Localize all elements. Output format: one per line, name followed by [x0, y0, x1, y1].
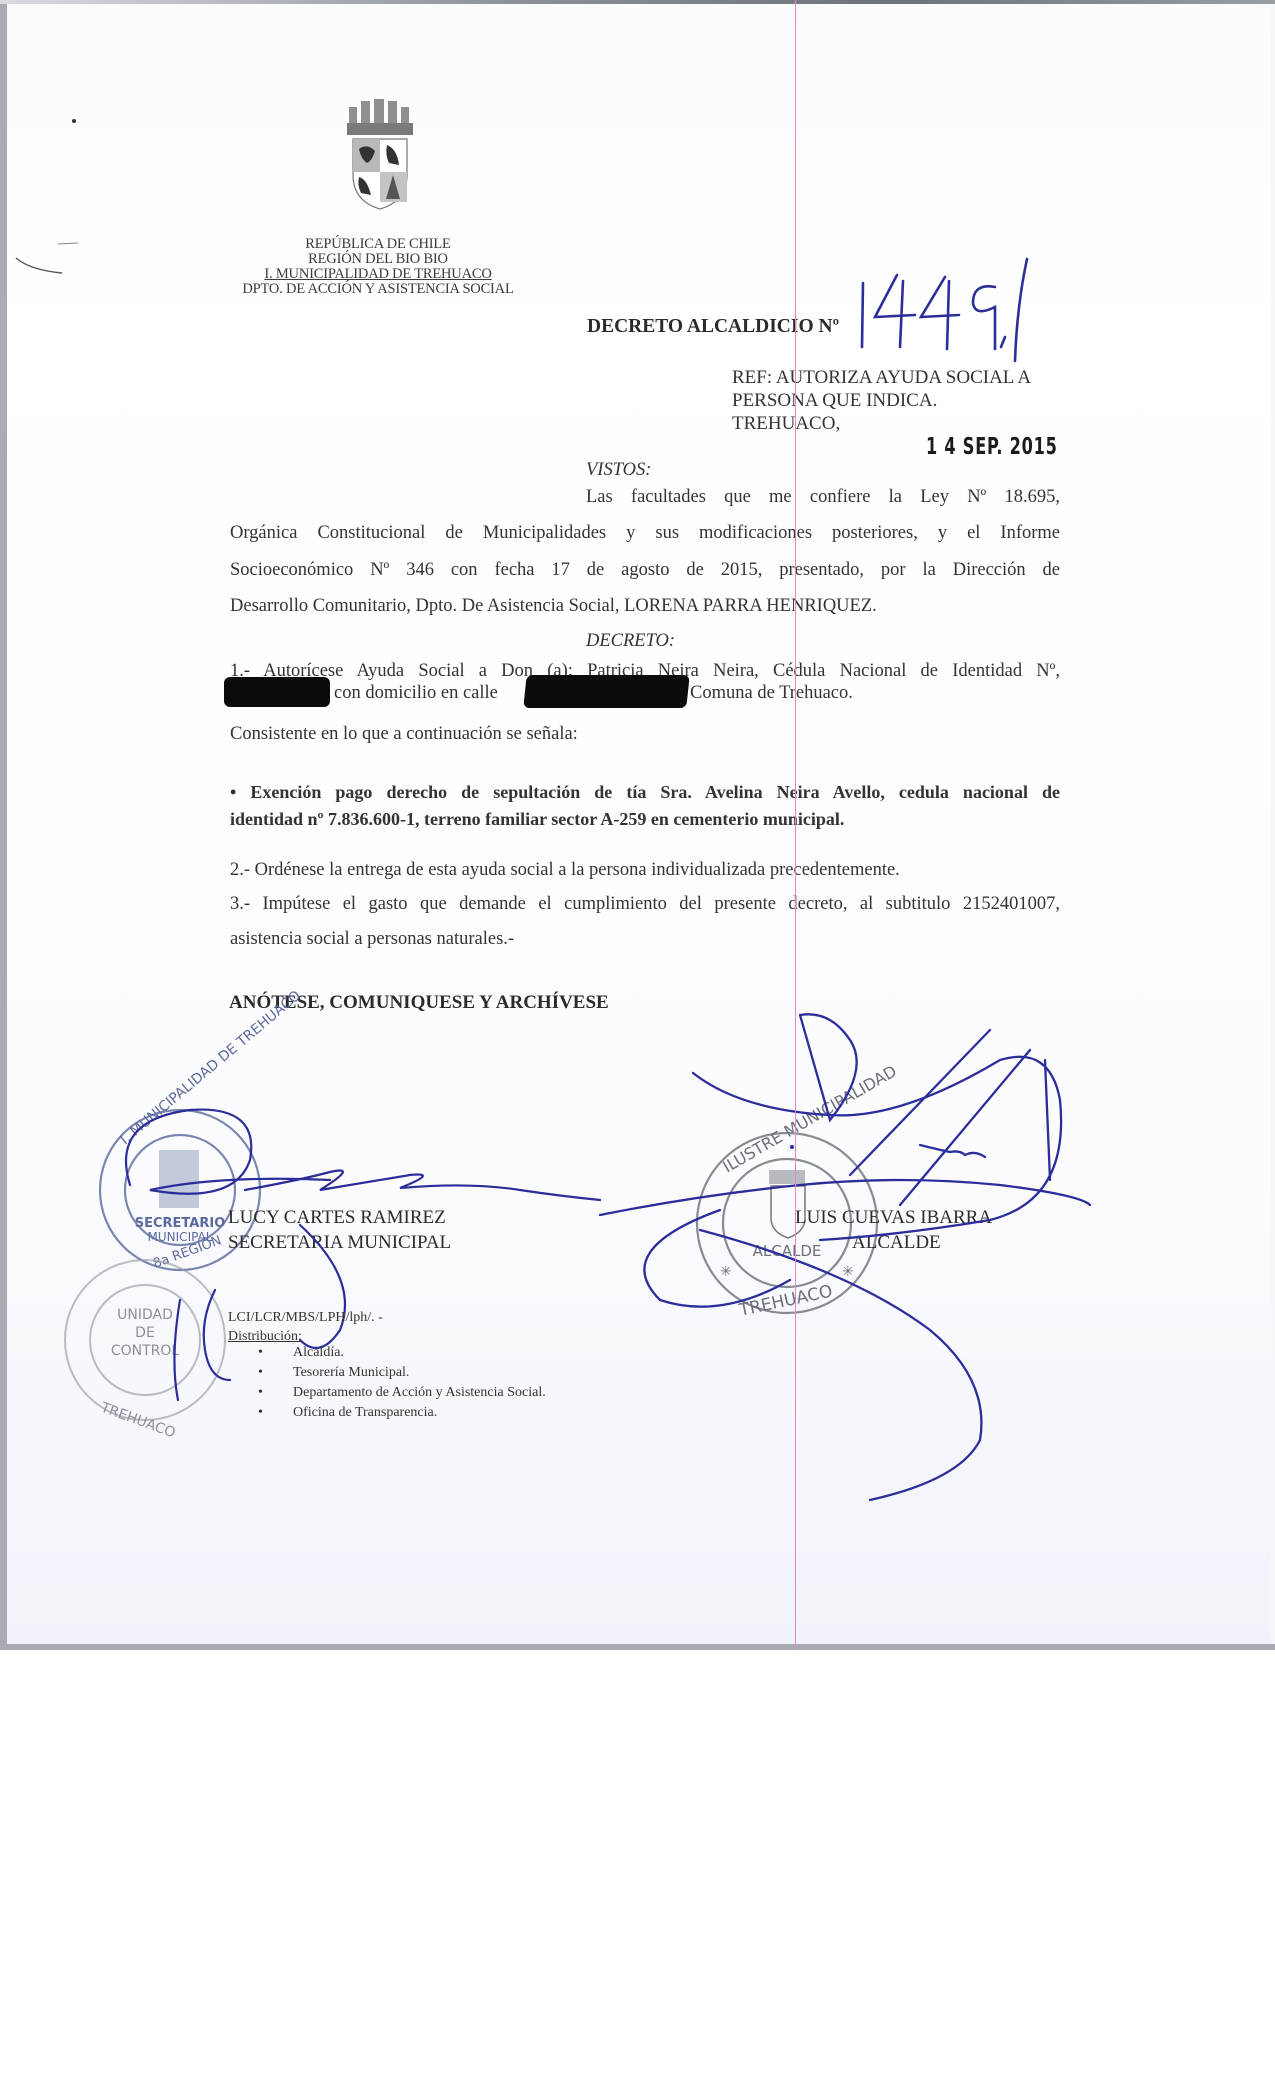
svg-text:✳: ✳ — [720, 1265, 732, 1280]
signer-left-name: LUCY CARTES RAMIREZ — [228, 1207, 446, 1229]
margin-marks — [0, 0, 120, 300]
decree-title: DECRETO ALCALDICIO Nº — [587, 316, 839, 338]
coat-of-arms-icon — [345, 97, 415, 212]
distribution-item: •Alcaldía. — [258, 1343, 546, 1363]
initials-reference: LCI/LCR/MBS/LPH/lph/. - — [228, 1310, 383, 1326]
ref-line-1: REF: AUTORIZA AYUDA SOCIAL A — [732, 367, 1031, 389]
svg-text:ALCALDE: ALCALDE — [753, 1242, 822, 1260]
item-1-address-label: con domicilio en calle — [334, 683, 498, 704]
distribution-item: •Departamento de Acción y Asistencia Soc… — [258, 1383, 546, 1403]
item-1-comuna: Comuna de Trehuaco. — [690, 683, 853, 704]
vistos-line-4: Desarrollo Comunitario, Dpto. De Asisten… — [230, 596, 877, 617]
distribution-list: •Alcaldía. •Tesorería Municipal. •Depart… — [258, 1343, 546, 1423]
vistos-line-1: Las facultades que me confiere la Ley Nº… — [586, 487, 1060, 508]
scan-edge-bottom — [0, 1644, 1275, 1650]
stamp-unidad-control: UNIDAD DE CONTROL TREHUACO — [60, 1255, 230, 1425]
svg-text:SECRETARIO: SECRETARIO — [135, 1216, 226, 1231]
redacted-id-number — [224, 677, 330, 707]
svg-text:CONTROL: CONTROL — [111, 1343, 180, 1359]
scan-edge-top — [0, 0, 1275, 4]
header-line-department: DPTO. DE ACCIÓN Y ASISTENCIA SOCIAL — [220, 281, 536, 298]
distribution-item: •Tesorería Municipal. — [258, 1363, 546, 1383]
svg-text:DE: DE — [135, 1325, 155, 1341]
consistente-text: Consistente en lo que a continuación se … — [230, 724, 578, 745]
item-3-line-2: asistencia social a personas naturales.- — [230, 929, 514, 950]
distribution-item: •Oficina de Transparencia. — [258, 1403, 546, 1423]
vistos-line-3: Socioeconómico Nº 346 con fecha 17 de ag… — [230, 560, 1060, 581]
vistos-heading: VISTOS: — [586, 460, 651, 481]
svg-text:✳: ✳ — [842, 1265, 854, 1280]
ref-line-2: PERSONA QUE INDICA. — [732, 390, 937, 412]
bullet-exencion-line-1: • Exención pago derecho de sepultación d… — [230, 782, 1060, 803]
redacted-address — [523, 675, 689, 708]
signer-right-name: LUIS CUEVAS IBARRA — [795, 1207, 992, 1229]
item-2-text: 2.- Ordénese la entrega de esta ayuda so… — [230, 860, 900, 881]
decree-number-handwritten: 1449/ — [855, 255, 1035, 365]
signer-right-title: ALCALDE — [852, 1232, 941, 1254]
svg-text:UNIDAD: UNIDAD — [117, 1307, 173, 1323]
signer-left-title: SECRETARIA MUNICIPAL — [228, 1232, 451, 1254]
scanned-page: REPÚBLICA DE CHILE REGIÓN DEL BIO BIO I.… — [0, 0, 1275, 1650]
decreto-heading: DECRETO: — [586, 631, 675, 652]
bullet-exencion-line-2: identidad nº 7.836.600-1, terreno famili… — [230, 809, 844, 830]
ref-line-3: TREHUACO, — [732, 413, 840, 435]
date-stamp: 1 4 SEP. 2015 — [926, 434, 1058, 460]
item-3-line-1: 3.- Impútese el gasto que demande el cum… — [230, 894, 1060, 915]
scan-guide-line — [795, 0, 796, 1650]
vistos-line-2: Orgánica Constitucional de Municipalidad… — [230, 523, 1060, 544]
